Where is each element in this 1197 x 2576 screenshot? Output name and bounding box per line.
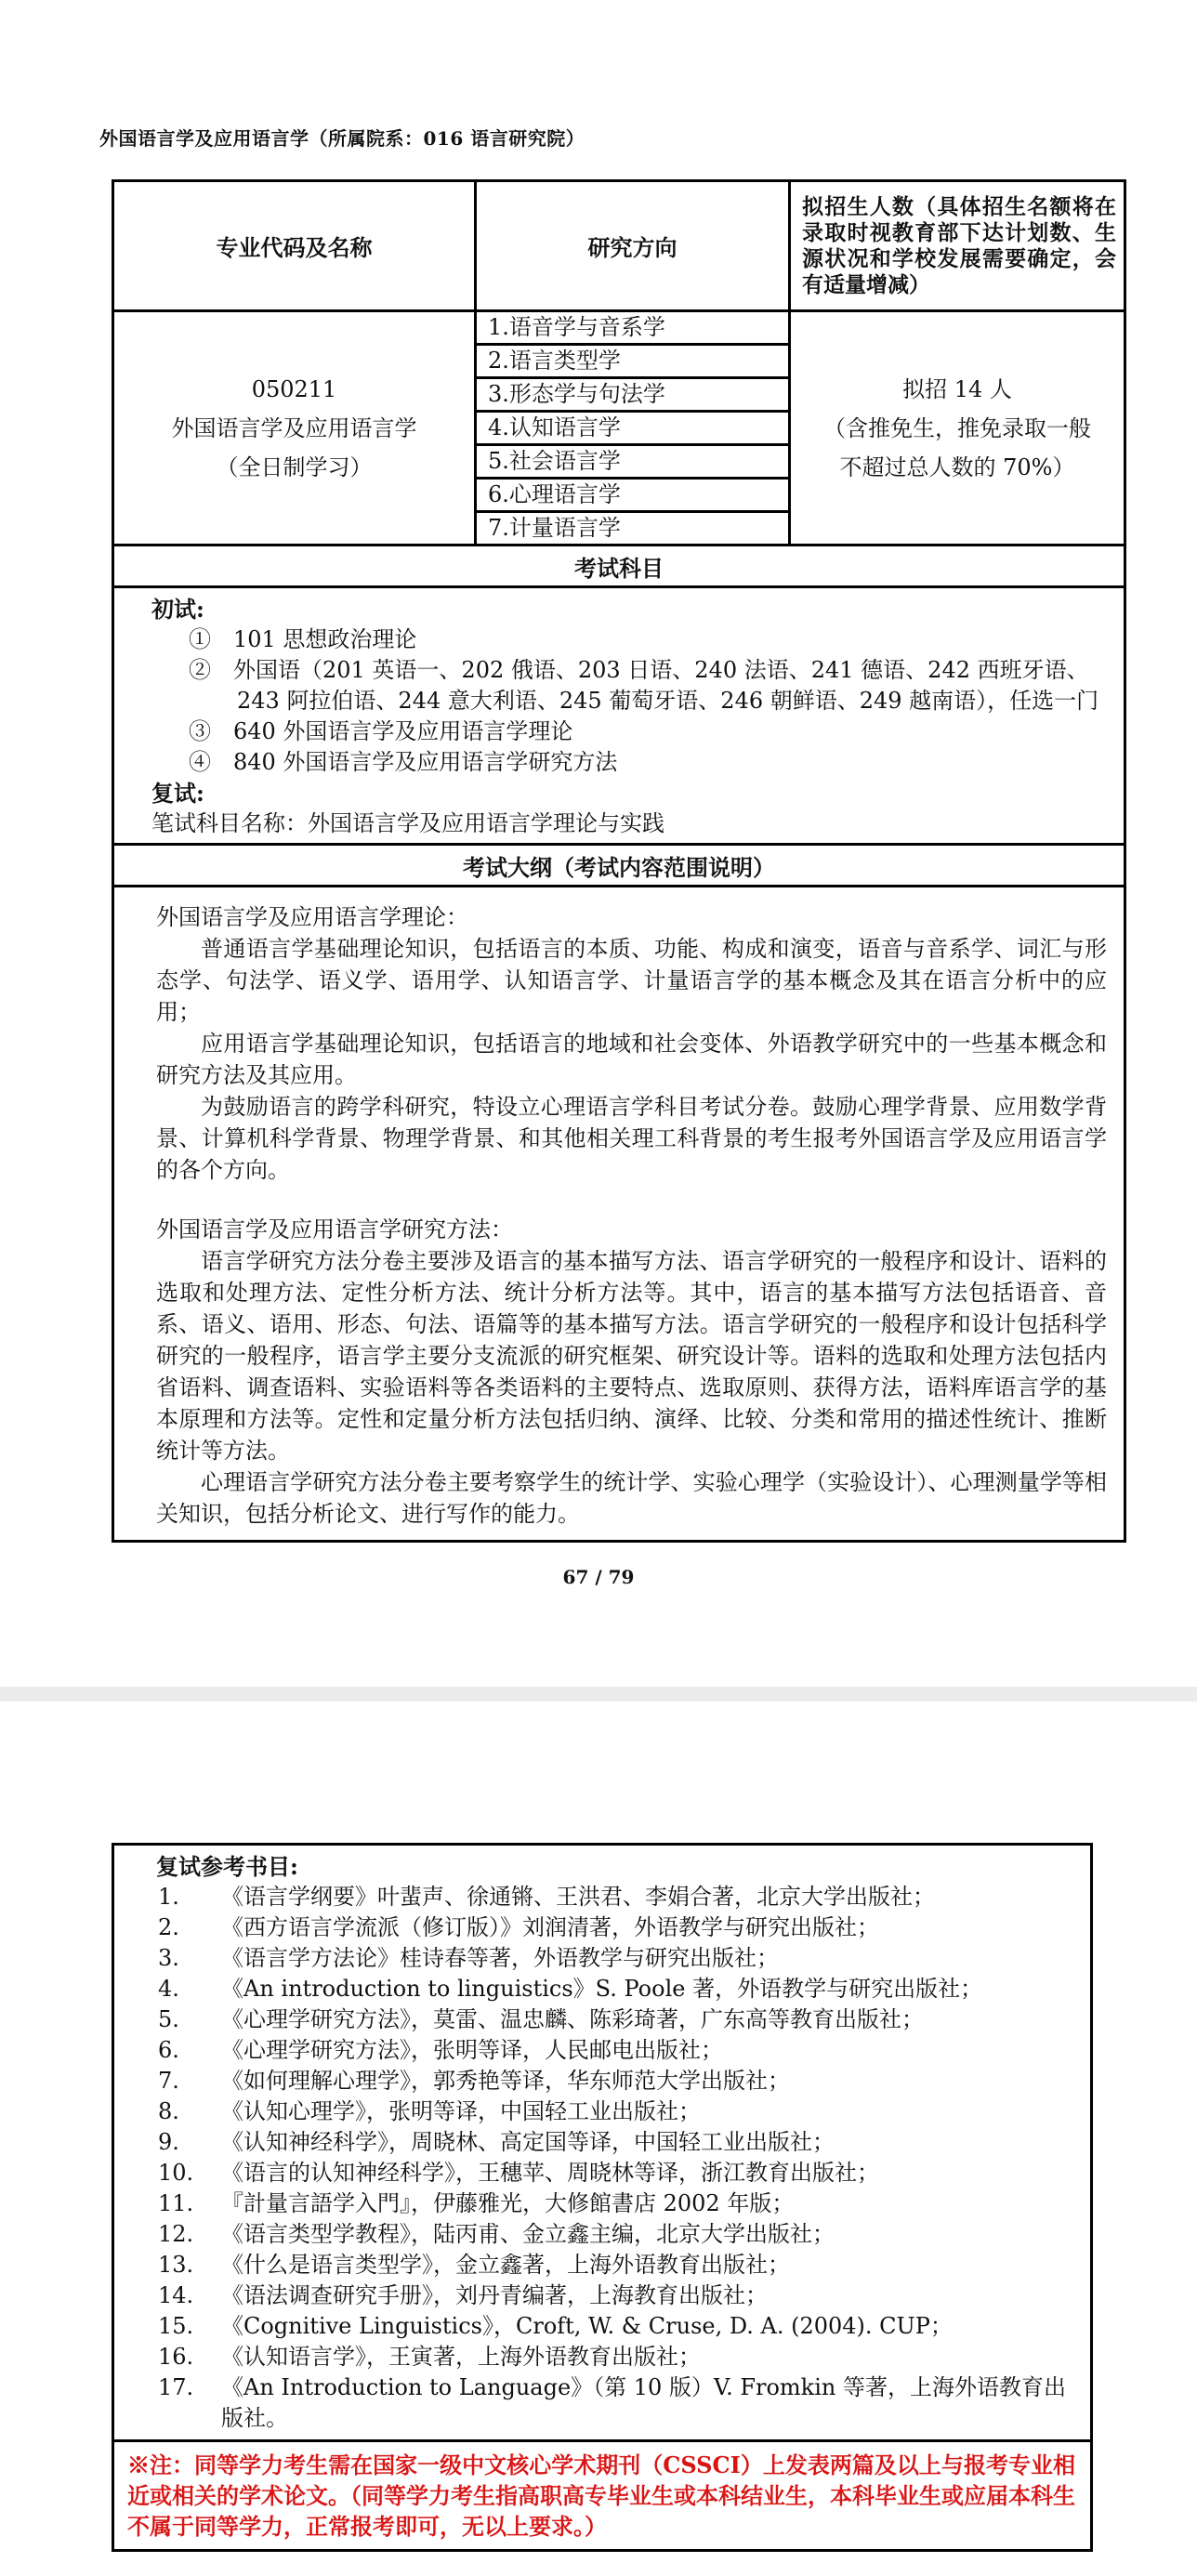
- enrollment-cell: 拟招 14 人 （含推免生，推免录取一般 不超过总人数的 70%）: [790, 311, 1125, 545]
- exam-subjects-header-row: 考试科目: [113, 545, 1125, 587]
- program-code: 050211: [115, 370, 473, 409]
- book-number: 15.: [114, 2311, 221, 2342]
- book-title: 《语言学纲要》叶蜚声、徐通锵、王洪君、李娟合著，北京大学出版社；: [221, 1882, 1090, 1912]
- book-list-item: 3.《语言学方法论》桂诗春等著，外语教学与研究出版社；: [114, 1943, 1090, 1974]
- exam-subjects-row: 初试: ① 101 思想政治理论 ② 外国语（201 英语一、202 俄语、20…: [113, 587, 1125, 845]
- book-list-item: 10.《语言的认知神经科学》，王穗苹、周晓林等译，浙江教育出版社；: [114, 2158, 1090, 2188]
- research-direction-item: 7.计量语言学: [477, 513, 788, 544]
- syllabus-paragraph: 语言学研究方法分卷主要涉及语言的基本描写方法、语言学研究的一般程序和设计、语料的…: [156, 1245, 1107, 1466]
- book-title: 《An Introduction to Language》（第 10 版）V. …: [221, 2372, 1090, 2434]
- book-number: 16.: [114, 2342, 221, 2372]
- exam-item: ③ 640 外国语言学及应用语言学理论: [151, 716, 1107, 747]
- book-list-item: 2.《西方语言学流派（修订版）》刘润清著，外语教学与研究出版社；: [114, 1912, 1090, 1943]
- book-number: 14.: [114, 2280, 221, 2311]
- book-list-item: 9.《认知神经科学》，周晓林、高定国等译，中国轻工业出版社；: [114, 2127, 1090, 2158]
- book-title: 《语言学方法论》桂诗春等著，外语教学与研究出版社；: [221, 1943, 1090, 1974]
- syllabus-paragraph: 为鼓励语言的跨学科研究，特设立心理语言学科目考试分卷。鼓励心理学背景、应用数学背…: [156, 1091, 1107, 1186]
- syllabus-header: 考试大纲（考试内容范围说明）: [113, 845, 1125, 887]
- page-separator: [0, 1687, 1197, 1702]
- book-number: 10.: [114, 2158, 221, 2188]
- reference-books-table: 复试参考书目: 1.《语言学纲要》叶蜚声、徐通锵、王洪君、李娟合著，北京大学出版…: [112, 1843, 1093, 2442]
- book-title: 《Cognitive Linguistics》，Croft, W. & Crus…: [221, 2311, 1090, 2342]
- book-list-item: 15.《Cognitive Linguistics》，Croft, W. & C…: [114, 2311, 1090, 2342]
- book-number: 3.: [114, 1943, 221, 1974]
- syllabus-paragraph: 心理语言学研究方法分卷主要考察学生的统计学、实验心理学（实验设计）、心理测量学等…: [156, 1466, 1107, 1530]
- exam-item: ① 101 思想政治理论: [151, 624, 1107, 655]
- book-list-item: 6.《心理学研究方法》，张明等译，人民邮电出版社；: [114, 2035, 1090, 2066]
- header-major-code: 专业代码及名称: [113, 181, 476, 311]
- book-number: 6.: [114, 2035, 221, 2066]
- pdf-page-2: 复试参考书目: 1.《语言学纲要》叶蜚声、徐通锵、王洪君、李娟合著，北京大学出版…: [0, 1702, 1197, 2576]
- syllabus-cell: 外国语言学及应用语言学理论： 普通语言学基础理论知识，包括语言的本质、功能、构成…: [113, 887, 1125, 1542]
- book-title: 《西方语言学流派（修订版）》刘润清著，外语教学与研究出版社；: [221, 1912, 1090, 1943]
- book-number: 2.: [114, 1912, 221, 1943]
- book-title: 《认知语言学》，王寅著，上海外语教育出版社；: [221, 2342, 1090, 2372]
- research-direction-item: 1.语音学与音系学: [477, 312, 788, 346]
- program-row: 050211 外国语言学及应用语言学 （全日制学习） 1.语音学与音系学 2.语…: [113, 311, 1125, 545]
- research-direction-item: 4.认知语言学: [477, 413, 788, 446]
- book-title: 《什么是语言类型学》，金立鑫著，上海外语教育出版社；: [221, 2250, 1090, 2280]
- book-list-item: 7.《如何理解心理学》，郭秀艳等译，华东师范大学出版社；: [114, 2066, 1090, 2096]
- book-number: 9.: [114, 2127, 221, 2158]
- first-exam-label: 初试:: [151, 594, 1107, 624]
- book-list-item: 12.《语言类型学教程》，陆丙甫、金立鑫主编，北京大学出版社；: [114, 2219, 1090, 2250]
- book-title: 《An introduction to linguistics》S. Poole…: [221, 1974, 1090, 2004]
- book-number: 17.: [114, 2372, 221, 2434]
- program-cell: 050211 外国语言学及应用语言学 （全日制学习）: [113, 311, 476, 545]
- document-canvas: 外国语言学及应用语言学（所属院系：016 语言研究院） 专业代码及名称 研究方向…: [0, 0, 1197, 2576]
- program-name: 外国语言学及应用语言学: [115, 409, 473, 448]
- book-title: 《心理学研究方法》，张明等译，人民邮电出版社；: [221, 2035, 1090, 2066]
- note-box: ※注：同等学力考生需在国家一级中文核心学术期刊（CSSCI）上发表两篇及以上与报…: [112, 2439, 1093, 2552]
- book-title: 《认知神经科学》，周晓林、高定国等译，中国轻工业出版社；: [221, 2127, 1090, 2158]
- table-header-row: 专业代码及名称 研究方向 拟招生人数（具体招生名额将在录取时视教育部下达计划数、…: [113, 181, 1125, 311]
- enrollment-line: 不超过总人数的 70%）: [792, 448, 1123, 487]
- book-number: 11.: [114, 2188, 221, 2219]
- page2-content: 复试参考书目: 1.《语言学纲要》叶蜚声、徐通锵、王洪君、李娟合著，北京大学出版…: [112, 1843, 1093, 2552]
- book-list-item: 8.《认知心理学》，张明等译，中国轻工业出版社；: [114, 2096, 1090, 2127]
- syllabus-theory-title: 外国语言学及应用语言学理论：: [156, 901, 1107, 933]
- book-list-item: 11.『計量言語学入門』，伊藤雅光，大修館書店 2002 年版；: [114, 2188, 1090, 2219]
- book-title: 《认知心理学》，张明等译，中国轻工业出版社；: [221, 2096, 1090, 2127]
- book-number: 5.: [114, 2004, 221, 2035]
- header-enrollment-quota: 拟招生人数（具体招生名额将在录取时视教育部下达计划数、生源状况和学校发展需要确定…: [790, 181, 1125, 311]
- book-number: 4.: [114, 1974, 221, 2004]
- book-number: 1.: [114, 1882, 221, 1912]
- book-number: 7.: [114, 2066, 221, 2096]
- book-title: 《如何理解心理学》，郭秀艳等译，华东师范大学出版社；: [221, 2066, 1090, 2096]
- reference-books-header: 复试参考书目:: [114, 1851, 1090, 1882]
- research-direction-item: 5.社会语言学: [477, 446, 788, 480]
- book-list-item: 13.《什么是语言类型学》，金立鑫著，上海外语教育出版社；: [114, 2250, 1090, 2280]
- book-title: 《语言类型学教程》，陆丙甫、金立鑫主编，北京大学出版社；: [221, 2219, 1090, 2250]
- exam-item: ④ 840 外国语言学及应用语言学研究方法: [151, 747, 1107, 778]
- book-number: 8.: [114, 2096, 221, 2127]
- book-number: 12.: [114, 2219, 221, 2250]
- page-title: 外国语言学及应用语言学（所属院系：016 语言研究院）: [99, 124, 585, 151]
- book-list-item: 5.《心理学研究方法》，莫雷、温忠麟、陈彩琦著，广东高等教育出版社；: [114, 2004, 1090, 2035]
- syllabus-header-row: 考试大纲（考试内容范围说明）: [113, 845, 1125, 887]
- syllabus-row: 外国语言学及应用语言学理论： 普通语言学基础理论知识，包括语言的本质、功能、构成…: [113, 887, 1125, 1542]
- research-direction-item: 2.语言类型学: [477, 346, 788, 379]
- enrollment-line: 拟招 14 人: [792, 370, 1123, 409]
- research-direction-item: 3.形态学与句法学: [477, 379, 788, 413]
- pdf-page-1: 外国语言学及应用语言学（所属院系：016 语言研究院） 专业代码及名称 研究方向…: [0, 0, 1197, 1687]
- enrollment-line: （含推免生，推免录取一般: [792, 409, 1123, 448]
- book-list-item: 17.《An Introduction to Language》（第 10 版）…: [114, 2372, 1090, 2434]
- retest-subject: 笔试科目名称：外国语言学及应用语言学理论与实践: [151, 808, 1107, 839]
- header-research-directions: 研究方向: [476, 181, 790, 311]
- book-title: 《语言的认知神经科学》，王穗苹、周晓林等译，浙江教育出版社；: [221, 2158, 1090, 2188]
- program-mode: （全日制学习）: [115, 448, 473, 487]
- admissions-table: 专业代码及名称 研究方向 拟招生人数（具体招生名额将在录取时视教育部下达计划数、…: [112, 179, 1126, 1543]
- book-title: 《语法调查研究手册》，刘丹青编著，上海教育出版社；: [221, 2280, 1090, 2311]
- research-direction-item: 6.心理语言学: [477, 480, 788, 513]
- syllabus-spacer: [156, 1186, 1107, 1214]
- retest-label: 复试:: [151, 778, 1107, 808]
- syllabus-paragraph: 普通语言学基础理论知识，包括语言的本质、功能、构成和演变，语音与音系学、词汇与形…: [156, 933, 1107, 1028]
- syllabus-methods-title: 外国语言学及应用语言学研究方法：: [156, 1214, 1107, 1245]
- book-list-item: 14.《语法调查研究手册》，刘丹青编著，上海教育出版社；: [114, 2280, 1090, 2311]
- research-directions-cell: 1.语音学与音系学 2.语言类型学 3.形态学与句法学 4.认知语言学 5.社会…: [476, 311, 790, 545]
- exam-subjects-header: 考试科目: [113, 545, 1125, 587]
- book-title: 《心理学研究方法》，莫雷、温忠麟、陈彩琦著，广东高等教育出版社；: [221, 2004, 1090, 2035]
- book-title: 『計量言語学入門』，伊藤雅光，大修館書店 2002 年版；: [221, 2188, 1090, 2219]
- exam-item: ② 外国语（201 英语一、202 俄语、203 日语、240 法语、241 德…: [151, 655, 1107, 716]
- page-number: 67 / 79: [0, 1566, 1197, 1588]
- book-list-item: 4.《An introduction to linguistics》S. Poo…: [114, 1974, 1090, 2004]
- book-list-item: 16.《认知语言学》，王寅著，上海外语教育出版社；: [114, 2342, 1090, 2372]
- exam-subjects-cell: 初试: ① 101 思想政治理论 ② 外国语（201 英语一、202 俄语、20…: [113, 587, 1125, 845]
- book-list-item: 1.《语言学纲要》叶蜚声、徐通锵、王洪君、李娟合著，北京大学出版社；: [114, 1882, 1090, 1912]
- note-text: ※注：同等学力考生需在国家一级中文核心学术期刊（CSSCI）上发表两篇及以上与报…: [127, 2450, 1075, 2542]
- book-number: 13.: [114, 2250, 221, 2280]
- syllabus-paragraph: 应用语言学基础理论知识，包括语言的地域和社会变体、外语教学研究中的一些基本概念和…: [156, 1028, 1107, 1091]
